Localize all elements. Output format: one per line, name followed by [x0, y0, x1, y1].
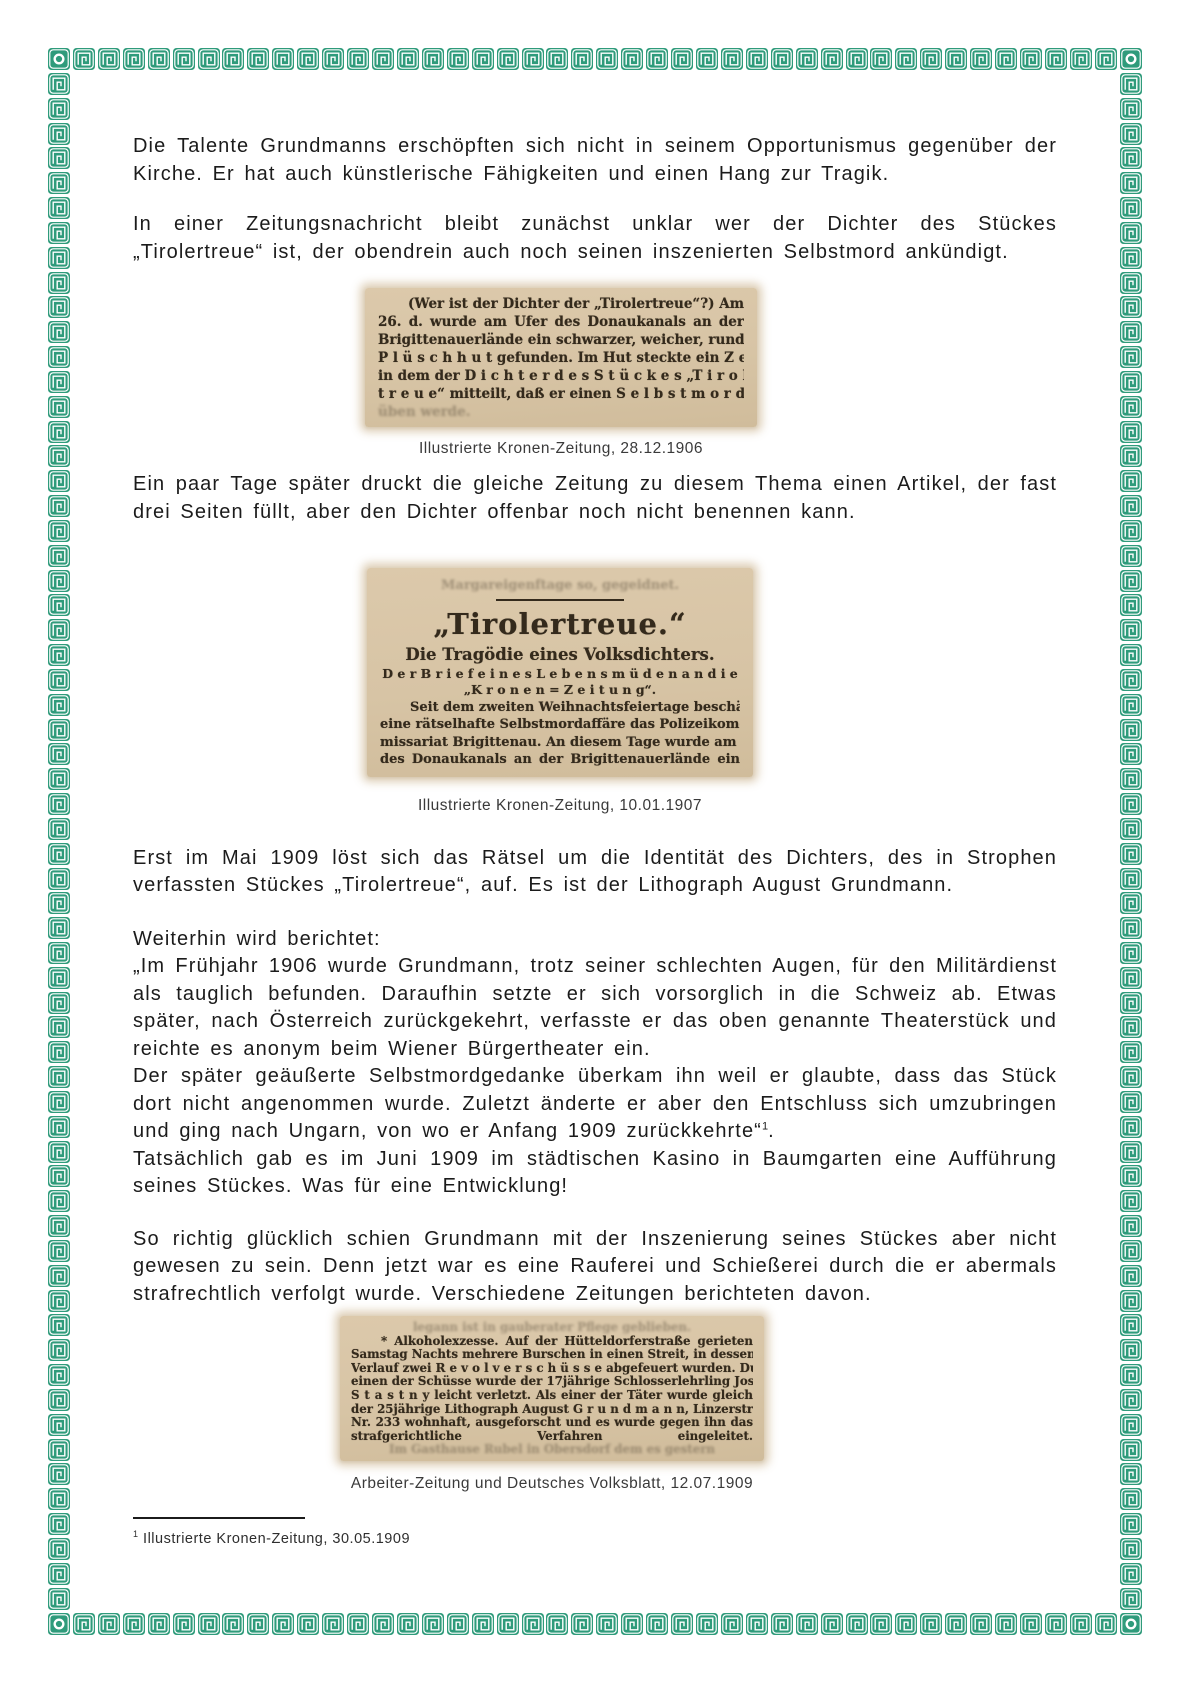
greek-key-tile — [746, 1613, 768, 1635]
greek-key-tile — [48, 1439, 70, 1461]
greek-key-tile — [920, 48, 942, 70]
greek-key-tile — [696, 48, 718, 70]
greek-key-tile — [48, 669, 70, 691]
greek-key-tile — [48, 843, 70, 865]
greek-key-tile — [48, 694, 70, 716]
greek-key-tile — [48, 619, 70, 641]
greek-key-tile — [1120, 147, 1142, 169]
greek-key-tile — [671, 1613, 693, 1635]
clipping-text-line: (Wer ist der Dichter der „Tirolertreue“?… — [378, 295, 744, 313]
body-paragraph: „Im Frühjahr 1906 wurde Grundmann, trotz… — [133, 953, 1057, 1063]
greek-key-tile — [447, 1613, 469, 1635]
greek-key-tile — [198, 48, 220, 70]
greek-key-tile — [821, 1613, 843, 1635]
greek-key-tile — [1120, 1488, 1142, 1510]
greek-key-tile — [48, 743, 70, 765]
footnote-text: 1 Illustrierte Kronen-Zeitung, 30.05.190… — [133, 1529, 1057, 1547]
greek-key-tile — [1070, 1613, 1092, 1635]
greek-key-tile — [322, 1613, 344, 1635]
greek-key-tile — [48, 1463, 70, 1485]
greek-key-tile — [1120, 98, 1142, 120]
greek-key-tile — [148, 48, 170, 70]
greek-key-tile — [48, 445, 70, 467]
greek-key-tile — [48, 1314, 70, 1336]
footnote: 1 Illustrierte Kronen-Zeitung, 30.05.190… — [133, 1517, 1057, 1547]
greek-key-tile — [546, 48, 568, 70]
greek-key-tile — [48, 272, 70, 294]
clipping-caption-3: Arbeiter-Zeitung und Deutsches Volksblat… — [340, 1475, 764, 1493]
greek-key-tile — [48, 942, 70, 964]
greek-key-tile — [1120, 1414, 1142, 1436]
greek-key-tile — [48, 1414, 70, 1436]
greek-key-tile — [173, 1613, 195, 1635]
greek-key-tile — [1120, 1091, 1142, 1113]
clipping-caption-2: Illustrierte Kronen-Zeitung, 10.01.1907 — [367, 797, 753, 815]
greek-key-tile — [48, 1538, 70, 1560]
border-corner-tile — [48, 1613, 70, 1635]
greek-key-tile — [48, 1488, 70, 1510]
greek-key-tile — [48, 222, 70, 244]
greek-key-tile — [123, 48, 145, 70]
greek-key-tile — [1120, 470, 1142, 492]
greek-key-tile — [48, 768, 70, 790]
newspaper-clipping-3: legann ist in gauberater Pflege gebliebe… — [340, 1316, 764, 1461]
greek-key-tile — [920, 1613, 942, 1635]
greek-key-tile — [771, 1613, 793, 1635]
greek-key-tile — [1120, 1389, 1142, 1411]
greek-key-tile — [1095, 1613, 1117, 1635]
greek-key-tile — [397, 48, 419, 70]
clipping-headline-rule — [496, 599, 624, 601]
clipping-text-line: Im Gasthause Rubel in Obersdorf dem es g… — [351, 1443, 753, 1457]
clipping-text-line: Seit dem zweiten Weihnachtsfeiertage bes… — [380, 699, 740, 717]
greek-key-tile — [1120, 793, 1142, 815]
greek-key-tile — [870, 1613, 892, 1635]
greek-key-tile — [247, 48, 269, 70]
greek-key-tile — [1120, 73, 1142, 95]
greek-key-tile — [846, 48, 868, 70]
border-strip — [48, 48, 1142, 70]
greek-key-tile — [1120, 371, 1142, 393]
greek-key-tile — [1120, 1364, 1142, 1386]
greek-key-tile — [272, 1613, 294, 1635]
greek-key-tile — [546, 1613, 568, 1635]
greek-key-tile — [48, 1165, 70, 1187]
body-paragraph: Ein paar Tage später druckt die gleiche … — [133, 471, 1057, 526]
paragraph-text: Der später geäußerte Selbstmordgedanke ü… — [133, 1065, 1057, 1142]
greek-key-tile — [48, 421, 70, 443]
greek-key-tile — [48, 1364, 70, 1386]
greek-key-tile — [1120, 1165, 1142, 1187]
greek-key-tile — [148, 1613, 170, 1635]
body-paragraph: Die Talente Grundmanns erschöpften sich … — [133, 133, 1057, 188]
greek-key-tile — [1120, 967, 1142, 989]
clipping-text-line: Margareigenftage so, gegeidnet. — [380, 577, 740, 595]
greek-key-tile — [821, 48, 843, 70]
footnote-divider — [133, 1517, 305, 1519]
body-paragraph: In einer Zeitungsnachricht bleibt zunäch… — [133, 211, 1057, 266]
greek-key-tile — [48, 1290, 70, 1312]
border-strip — [48, 1613, 1142, 1635]
greek-key-tile — [48, 123, 70, 145]
greek-key-tile — [796, 48, 818, 70]
greek-key-tile — [1120, 719, 1142, 741]
greek-key-tile — [48, 1240, 70, 1262]
clipping-text-line: Die Tragödie eines Volksdichters. — [380, 643, 740, 666]
greek-key-tile — [48, 644, 70, 666]
greek-key-tile — [771, 48, 793, 70]
newspaper-clipping-2: Margareigenftage so, gegeidnet.„Tirolert… — [367, 568, 753, 777]
greek-key-tile — [422, 48, 444, 70]
body-paragraph: Weiterhin wird berichtet: — [133, 926, 1057, 954]
greek-key-tile — [98, 48, 120, 70]
border-strip — [48, 73, 70, 1610]
clipping-text-line: S t a s t n y leicht verletzt. Als einer… — [351, 1389, 753, 1403]
clipping-text-line: D e r B r i e f e i n e s L e b e n s m … — [380, 666, 740, 683]
greek-key-tile — [48, 1339, 70, 1361]
greek-key-tile — [1120, 1290, 1142, 1312]
greek-key-tile — [48, 1389, 70, 1411]
greek-key-tile — [497, 48, 519, 70]
greek-key-tile — [895, 48, 917, 70]
greek-key-tile — [995, 48, 1017, 70]
greek-key-tile — [1120, 123, 1142, 145]
greek-key-tile — [48, 818, 70, 840]
greek-key-tile — [48, 793, 70, 815]
greek-key-tile — [995, 1613, 1017, 1635]
body-paragraph: Erst im Mai 1909 löst sich das Rätsel um… — [133, 845, 1057, 900]
clipping-text-line: „Tirolertreue.“ — [380, 606, 740, 643]
document-page: Die Talente Grundmanns erschöpften sich … — [0, 0, 1190, 1684]
greek-key-tile — [1070, 48, 1092, 70]
footnote-marker: 1 — [133, 1529, 139, 1539]
greek-key-tile — [48, 321, 70, 343]
greek-key-tile — [596, 1613, 618, 1635]
greek-key-tile — [945, 48, 967, 70]
greek-key-tile — [1120, 1215, 1142, 1237]
greek-key-tile — [372, 1613, 394, 1635]
greek-key-tile — [48, 1016, 70, 1038]
greek-key-tile — [48, 1563, 70, 1585]
greek-key-tile — [73, 48, 95, 70]
greek-key-tile — [48, 992, 70, 1014]
greek-key-tile — [1120, 545, 1142, 567]
greek-key-tile — [48, 98, 70, 120]
greek-key-tile — [447, 48, 469, 70]
greek-key-tile — [98, 1613, 120, 1635]
greek-key-tile — [48, 1041, 70, 1063]
clipping-text-line: legann ist in gauberater Pflege gebliebe… — [351, 1321, 753, 1335]
body-paragraph: Der später geäußerte Selbstmordgedanke ü… — [133, 1063, 1057, 1146]
greek-key-tile — [497, 1613, 519, 1635]
clipping-text-line: Samstag Nachts mehrere Burschen in einen… — [351, 1348, 753, 1362]
greek-key-tile — [1120, 321, 1142, 343]
greek-key-tile — [1045, 1613, 1067, 1635]
greek-key-tile — [472, 1613, 494, 1635]
greek-key-tile — [970, 48, 992, 70]
greek-key-tile — [48, 1215, 70, 1237]
greek-key-tile — [48, 570, 70, 592]
greek-key-tile — [272, 48, 294, 70]
greek-key-tile — [1120, 992, 1142, 1014]
greek-key-tile — [621, 48, 643, 70]
greek-key-tile — [696, 1613, 718, 1635]
greek-key-tile — [870, 48, 892, 70]
greek-key-tile — [1120, 1066, 1142, 1088]
greek-key-tile — [48, 172, 70, 194]
clipping-text-line: t r e u e“ mitteilt, daß er einen S e l … — [378, 385, 744, 403]
greek-key-tile — [48, 1190, 70, 1212]
greek-key-tile — [48, 470, 70, 492]
clipping-text-line: * Alkoholexzesse. Auf der Hütteldorferst… — [351, 1335, 753, 1349]
greek-key-tile — [945, 1613, 967, 1635]
footnote-source: Illustrierte Kronen-Zeitung, 30.05.1909 — [143, 1531, 410, 1547]
greek-key-tile — [1120, 1141, 1142, 1163]
greek-key-tile — [222, 48, 244, 70]
clipping-text-line: 26. d. wurde am Ufer des Donaukanals an … — [378, 313, 744, 331]
newspaper-clipping-1: (Wer ist der Dichter der „Tirolertreue“?… — [365, 288, 757, 427]
greek-key-tile — [48, 594, 70, 616]
greek-key-tile — [48, 868, 70, 890]
greek-key-tile — [48, 197, 70, 219]
greek-key-tile — [646, 48, 668, 70]
greek-key-tile — [895, 1613, 917, 1635]
greek-key-tile — [48, 1141, 70, 1163]
paragraph-text: . — [768, 1120, 775, 1142]
greek-key-tile — [1120, 1016, 1142, 1038]
greek-key-tile — [1120, 1439, 1142, 1461]
clipping-text-line: Nr. 233 wohnhaft, ausgeforscht und es wu… — [351, 1416, 753, 1430]
greek-key-tile — [596, 48, 618, 70]
greek-key-tile — [48, 1116, 70, 1138]
greek-key-tile — [1120, 818, 1142, 840]
greek-key-tile — [1120, 619, 1142, 641]
greek-key-tile — [1120, 296, 1142, 318]
greek-key-tile — [1120, 694, 1142, 716]
greek-key-tile — [48, 1066, 70, 1088]
greek-key-tile — [297, 1613, 319, 1635]
greek-key-tile — [1120, 1041, 1142, 1063]
clipping-text-line: Brigittenauerlände ein schwarzer, weiche… — [378, 331, 744, 349]
page-content: Die Talente Grundmanns erschöpften sich … — [133, 133, 1057, 1547]
greek-key-tile — [1120, 843, 1142, 865]
greek-key-tile — [48, 346, 70, 368]
greek-key-tile — [297, 48, 319, 70]
greek-key-tile — [1120, 396, 1142, 418]
greek-key-tile — [48, 1588, 70, 1610]
greek-key-tile — [48, 719, 70, 741]
greek-key-tile — [522, 48, 544, 70]
greek-key-tile — [1120, 743, 1142, 765]
greek-key-tile — [1120, 272, 1142, 294]
border-corner-tile — [1120, 1613, 1142, 1635]
clipping-text-line: „K r o n e n = Z e i t u n g“. — [380, 682, 740, 699]
greek-key-tile — [48, 1265, 70, 1287]
border-corner-tile — [48, 48, 70, 70]
greek-key-tile — [721, 48, 743, 70]
greek-key-tile — [1120, 172, 1142, 194]
clipping-text-line: des Donaukanals an der Brigittenauerländ… — [380, 751, 740, 769]
clipping-text-line: einen der Schüsse wurde der 17jährige Sc… — [351, 1375, 753, 1389]
greek-key-tile — [1120, 1116, 1142, 1138]
greek-key-tile — [347, 48, 369, 70]
greek-key-tile — [1120, 1538, 1142, 1560]
greek-key-tile — [846, 1613, 868, 1635]
greek-key-tile — [48, 545, 70, 567]
greek-key-tile — [48, 396, 70, 418]
greek-key-tile — [1120, 669, 1142, 691]
clipping-text-line: üben werde. — [378, 403, 744, 421]
greek-key-tile — [571, 48, 593, 70]
body-paragraph: Tatsächlich gab es im Juni 1909 im städt… — [133, 1146, 1057, 1201]
greek-key-tile — [48, 147, 70, 169]
greek-key-tile — [571, 1613, 593, 1635]
greek-key-tile — [1120, 1190, 1142, 1212]
clipping-caption-1: Illustrierte Kronen-Zeitung, 28.12.1906 — [365, 440, 757, 458]
greek-key-tile — [1120, 917, 1142, 939]
clipping-text-line: Verlauf zwei R e v o l v e r s c h ü s s… — [351, 1362, 753, 1376]
greek-key-tile — [48, 296, 70, 318]
border-corner-tile — [1120, 48, 1142, 70]
greek-key-tile — [48, 495, 70, 517]
greek-key-tile — [48, 371, 70, 393]
greek-key-tile — [48, 1513, 70, 1535]
greek-key-tile — [1120, 768, 1142, 790]
greek-key-tile — [73, 1613, 95, 1635]
greek-key-tile — [1120, 1513, 1142, 1535]
greek-key-tile — [173, 48, 195, 70]
greek-key-tile — [1020, 1613, 1042, 1635]
greek-key-tile — [1120, 1265, 1142, 1287]
greek-key-tile — [48, 1091, 70, 1113]
greek-key-tile — [48, 520, 70, 542]
greek-key-tile — [48, 967, 70, 989]
greek-key-tile — [1120, 1563, 1142, 1585]
greek-key-tile — [322, 48, 344, 70]
greek-key-tile — [1095, 48, 1117, 70]
greek-key-tile — [123, 1613, 145, 1635]
clipping-text-line: P l ü s c h h u t gefunden. Im Hut steck… — [378, 349, 744, 367]
border-strip — [1120, 73, 1142, 1610]
clipping-text-line: in dem der D i c h t e r d e s S t ü c k… — [378, 367, 744, 385]
greek-key-tile — [48, 247, 70, 269]
greek-key-tile — [1120, 520, 1142, 542]
greek-key-tile — [1120, 247, 1142, 269]
clipping-text-line: eine rätselhafte Selbstmordaffäre das Po… — [380, 716, 740, 734]
greek-key-tile — [621, 1613, 643, 1635]
greek-key-tile — [48, 917, 70, 939]
greek-key-tile — [1045, 48, 1067, 70]
greek-key-tile — [1120, 1314, 1142, 1336]
greek-key-tile — [1120, 445, 1142, 467]
greek-key-tile — [1120, 644, 1142, 666]
greek-key-tile — [472, 48, 494, 70]
body-paragraph: So richtig glücklich schien Grundmann mi… — [133, 1226, 1057, 1309]
greek-key-tile — [1120, 197, 1142, 219]
clipping-text-line: missariat Brigittenau. An diesem Tage wu… — [380, 734, 740, 752]
greek-key-tile — [721, 1613, 743, 1635]
greek-key-tile — [1120, 421, 1142, 443]
greek-key-tile — [1020, 48, 1042, 70]
greek-key-tile — [1120, 1339, 1142, 1361]
greek-key-tile — [796, 1613, 818, 1635]
greek-key-tile — [198, 1613, 220, 1635]
greek-key-tile — [1120, 892, 1142, 914]
greek-key-tile — [347, 1613, 369, 1635]
greek-key-tile — [1120, 942, 1142, 964]
greek-key-tile — [372, 48, 394, 70]
greek-key-tile — [671, 48, 693, 70]
clipping-text-line: strafgerichtliche Verfahren eingeleitet. — [351, 1430, 753, 1444]
greek-key-tile — [222, 1613, 244, 1635]
greek-key-tile — [1120, 570, 1142, 592]
greek-key-tile — [646, 1613, 668, 1635]
greek-key-tile — [970, 1613, 992, 1635]
greek-key-tile — [397, 1613, 419, 1635]
greek-key-tile — [247, 1613, 269, 1635]
greek-key-tile — [1120, 868, 1142, 890]
greek-key-tile — [1120, 222, 1142, 244]
greek-key-tile — [746, 48, 768, 70]
clipping-text-line: der 25jährige Lithograph August G r u n … — [351, 1403, 753, 1417]
greek-key-tile — [48, 73, 70, 95]
greek-key-tile — [1120, 1463, 1142, 1485]
greek-key-tile — [1120, 346, 1142, 368]
greek-key-tile — [422, 1613, 444, 1635]
greek-key-tile — [1120, 1240, 1142, 1262]
greek-key-tile — [1120, 594, 1142, 616]
greek-key-tile — [48, 892, 70, 914]
greek-key-tile — [1120, 1588, 1142, 1610]
greek-key-tile — [1120, 495, 1142, 517]
greek-key-tile — [522, 1613, 544, 1635]
